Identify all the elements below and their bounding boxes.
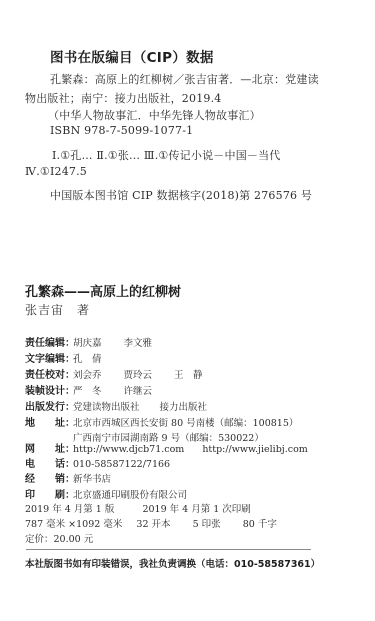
credit-row-design: 装帧设计： 严 冬 许继云	[25, 382, 152, 397]
first-printing: 2019 年 4 月第 1 次印刷	[142, 504, 250, 515]
phone-label: 电 话：	[25, 455, 73, 470]
format-row: 787 毫米 ×1092 毫米 32 开本 5 印张 80 千字	[25, 516, 277, 530]
credit-row-editor: 责任编辑： 胡庆嘉 李文雅	[25, 334, 152, 349]
cip-entry-line-1: 孔繁森：高原上的红柳树／张吉宙著．—北京：党建读	[50, 71, 319, 87]
cip-isbn: ISBN 978-7-5099-1077-1	[50, 124, 193, 137]
cip-number: 中国版本图书馆 CIP 数据核字(2018)第 276576 号	[50, 187, 312, 203]
website-row: 网 址： http://www.djcb71.com http://www.ji…	[25, 440, 308, 455]
format-size: 787 毫米 ×1092 毫米	[25, 519, 122, 530]
credit-value: 刘会乔	[73, 367, 102, 381]
footer-notice: 本社版图书如有印装错误，我社负责调换（电话：010-58587361）	[25, 556, 320, 570]
address-label: 地 址：	[25, 414, 73, 429]
credit-row-proofreader: 责任校对： 刘会乔 贾玲云 王 静	[25, 366, 203, 381]
cip-entry-line-2: 物出版社；南宁：接力出版社，2019.4	[25, 90, 222, 106]
credit-value: 党建读物出版社	[73, 399, 140, 413]
credit-value: 胡庆嘉	[73, 335, 102, 349]
printer-row: 印 刷： 北京盛通印刷股份有限公司	[25, 486, 187, 501]
price: 定价：20.00 元	[25, 531, 93, 545]
book-author: 张吉宙 著	[25, 301, 90, 318]
address-line-1: 北京市西城区西长安街 80 号南楼（邮编：100815）	[73, 415, 298, 429]
credit-value: 贾玲云	[124, 367, 153, 381]
divider	[26, 549, 311, 550]
credit-label: 文字编辑：	[25, 350, 73, 365]
cip-heading: 图书在版编目（CIP）数据	[50, 46, 214, 66]
credit-row-text-editor: 文字编辑： 孔 倩	[25, 350, 102, 365]
credit-label: 装帧设计：	[25, 382, 73, 397]
cip-classification-2: Ⅳ.①I247.5	[25, 165, 87, 178]
website-url-2[interactable]: http://www.jielibj.com	[202, 444, 308, 455]
distributor-label: 经 销：	[25, 470, 73, 485]
cip-classification-1: Ⅰ.①孔… Ⅱ.①张… Ⅲ.①传记小说－中国－当代	[52, 147, 281, 163]
credit-label: 责任编辑：	[25, 334, 73, 349]
website-label: 网 址：	[25, 440, 73, 455]
website-url-1[interactable]: http://www.djcb71.com	[73, 444, 184, 455]
credit-value: 严 冬	[73, 383, 102, 397]
format-words: 80 千字	[243, 519, 277, 530]
printer-value: 北京盛通印刷股份有限公司	[73, 487, 187, 501]
phone-value: 010-58587122/7166	[73, 459, 170, 470]
credit-value: 接力出版社	[160, 399, 208, 413]
distributor-value: 新华书店	[73, 471, 111, 485]
first-edition: 2019 年 4 月第 1 版	[25, 504, 114, 515]
credit-value: 许继云	[124, 383, 153, 397]
credit-row-publisher: 出版发行： 党建读物出版社 接力出版社	[25, 398, 207, 413]
address-row: 地 址： 北京市西城区西长安街 80 号南楼（邮编：100815）	[25, 414, 298, 429]
credit-label: 责任校对：	[25, 366, 73, 381]
printer-label: 印 刷：	[25, 486, 73, 501]
edition-row: 2019 年 4 月第 1 版 2019 年 4 月第 1 次印刷	[25, 501, 251, 515]
format-folio: 32 开本	[136, 519, 170, 530]
format-sheets: 5 印张	[193, 519, 221, 530]
credit-value: 李文雅	[124, 335, 153, 349]
credit-value: 孔 倩	[73, 351, 102, 365]
credit-value: 王 静	[174, 367, 203, 381]
book-title: 孔繁森——高原上的红柳树	[25, 281, 181, 300]
credit-label: 出版发行：	[25, 398, 73, 413]
cip-series: （中华人物故事汇．中华先锋人物故事汇）	[48, 107, 261, 123]
phone-row: 电 话： 010-58587122/7166	[25, 455, 170, 470]
distributor-row: 经 销： 新华书店	[25, 470, 111, 485]
